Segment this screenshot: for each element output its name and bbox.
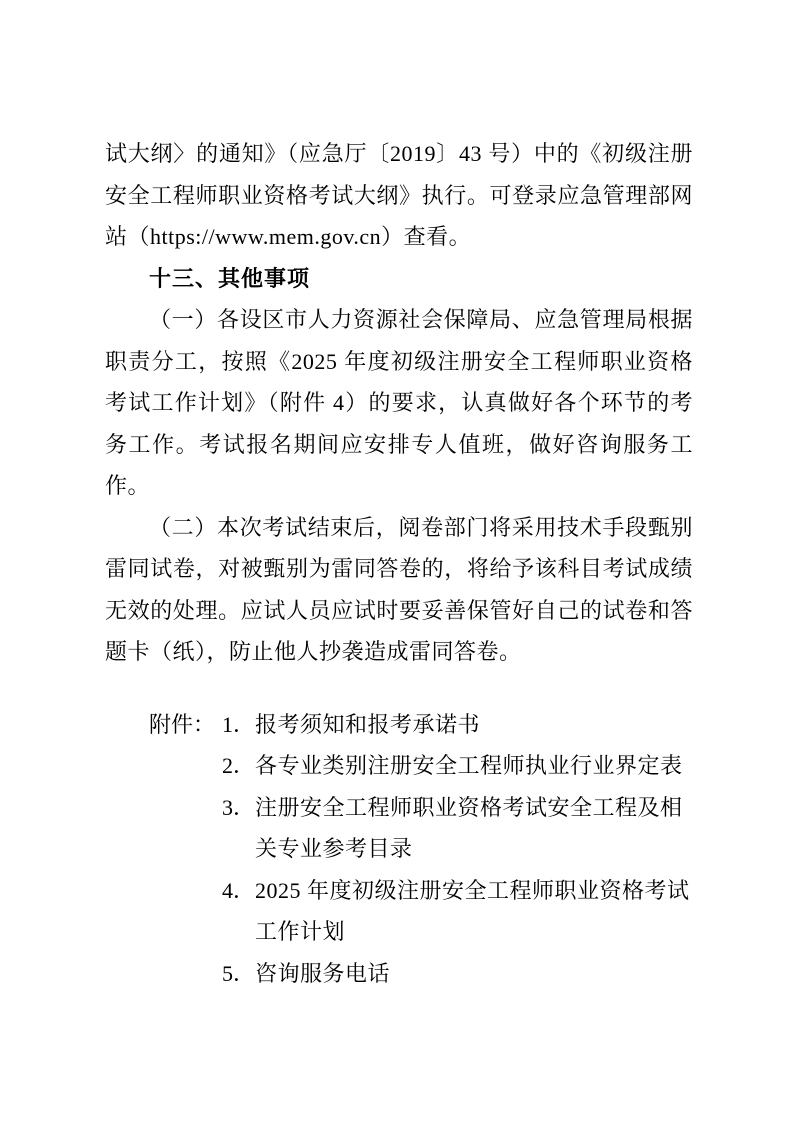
attachment-item-number: 3． xyxy=(222,787,255,829)
attachments-items: 1． 报考须知和报考承诺书 2． 各专业类别注册安全工程师执业行业界定表 3． … xyxy=(222,704,699,995)
attachment-item-number: 5． xyxy=(222,953,255,995)
attachment-item-5: 5． 咨询服务电话 xyxy=(222,953,699,995)
attachment-item-2: 2． 各专业类别注册安全工程师执业行业界定表 xyxy=(222,745,699,787)
attachment-item-number: 2． xyxy=(222,745,255,787)
attachment-item-text: 2025 年度初级注册安全工程师职业资格考试工作计划 xyxy=(255,870,699,953)
attachment-item-number: 4． xyxy=(222,870,255,912)
attachments-list: 附件： 1． 报考须知和报考承诺书 2． 各专业类别注册安全工程师执业行业界定表… xyxy=(105,704,693,995)
attachment-item-1: 1． 报考须知和报考承诺书 xyxy=(222,704,699,746)
section-heading-13: 十三、其他事项 xyxy=(105,258,693,300)
attachments-label: 附件： xyxy=(149,704,222,746)
attachment-item-text: 各专业类别注册安全工程师执业行业界定表 xyxy=(255,745,699,787)
paragraph-item-two: （二）本次考试结束后，阅卷部门将采用技术手段甄别雷同试卷，对被甄别为雷同答卷的，… xyxy=(105,507,693,673)
document-content: 试大纲〉的通知》（应急厅〔2019〕43 号）中的《初级注册安全工程师职业资格考… xyxy=(105,133,693,994)
attachment-item-3: 3． 注册安全工程师职业资格考试安全工程及相关专业参考目录 xyxy=(222,787,699,870)
document-page: 试大纲〉的通知》（应急厅〔2019〕43 号）中的《初级注册安全工程师职业资格考… xyxy=(0,0,794,1123)
attachment-item-text: 报考须知和报考承诺书 xyxy=(255,704,699,746)
paragraph-intro-continuation: 试大纲〉的通知》（应急厅〔2019〕43 号）中的《初级注册安全工程师职业资格考… xyxy=(105,133,693,258)
attachment-item-4: 4． 2025 年度初级注册安全工程师职业资格考试工作计划 xyxy=(222,870,699,953)
attachment-item-number: 1． xyxy=(222,704,255,746)
paragraph-item-one: （一）各设区市人力资源社会保障局、应急管理局根据职责分工，按照《2025 年度初… xyxy=(105,299,693,507)
attachment-item-text: 咨询服务电话 xyxy=(255,953,699,995)
attachment-item-text: 注册安全工程师职业资格考试安全工程及相关专业参考目录 xyxy=(255,787,699,870)
